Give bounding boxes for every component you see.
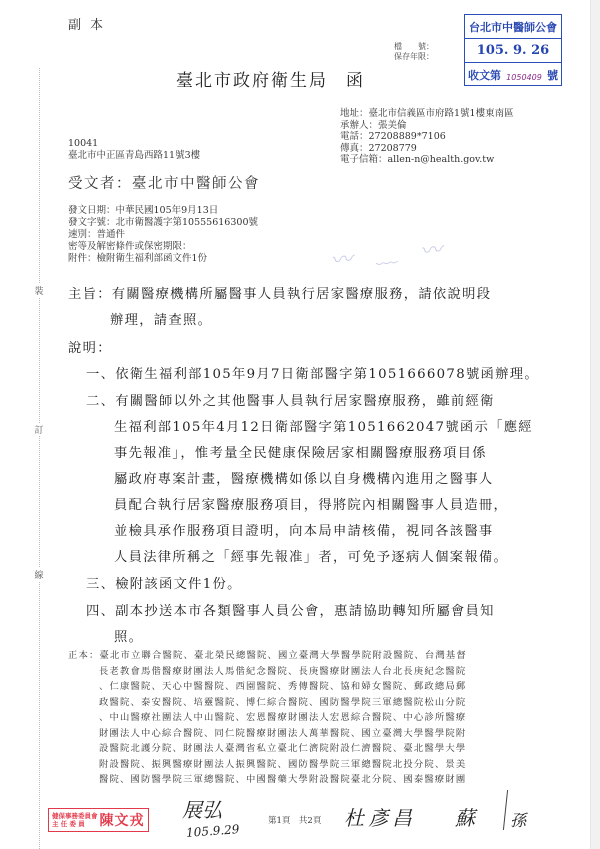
cc-line: 設醫院北護分院、財團法人臺灣省私立臺北仁濟院附設仁濟醫院、臺北醫學大學 [68, 741, 588, 757]
stamp-receive-suffix: 號 [547, 67, 558, 83]
cc-line: 長老教會馬偕醫療財團法人馬偕紀念醫院、長庚醫療財團法人台北長庚紀念醫院 [68, 664, 588, 680]
explanation-item-3: 三、檢附該函文件1份。 [86, 572, 566, 598]
explanation-item-2: 二、有關醫師以外之其他醫事人員執行居家醫療服務，雖前經衛 生福利部105年4月1… [86, 389, 566, 571]
sender-info: 地址：臺北市信義區市府路1號1樓東南區 承辦人：張美倫 電話：27208889*… [340, 108, 514, 166]
seal-line-1: 健保事務委員會 [52, 812, 98, 820]
seal-name: 陳文戎 [100, 810, 145, 830]
issue-number: 發文字號：北市衛醫護字第10555616300號 [68, 217, 258, 229]
item-line: 三、檢附該函文件1份。 [86, 572, 566, 598]
cc-line: 正本：臺北市立聯合醫院、臺北榮民總醫院、國立臺灣大學醫學院附設醫院、台灣基督 [68, 648, 588, 664]
sender-phone: 電話：27208889*7106 [340, 131, 514, 143]
attachment: 附件：檢附衛生福利部函文件1份 [68, 253, 258, 265]
handwritten-date: 105.9.29 [186, 822, 240, 840]
item-line: 四、副本抄送本市各類醫事人員公會，惠請協助轉知所屬會員知 [86, 599, 566, 625]
file-no-label: 檔 號： [394, 42, 434, 52]
item-line: 屬政府專案計畫，醫療機構如係以自身機構內進用之醫事人 [86, 467, 566, 493]
speed-class: 速別：普通件 [68, 229, 258, 241]
recipient-address: 10041 臺北市中正區青島西路11號3樓 [68, 138, 200, 162]
recipient-postal-code: 10041 [68, 138, 200, 150]
secrecy-level: 密等及解密條件或保密期限： [68, 241, 258, 253]
stamp-receive-prefix: 收文第 [468, 67, 501, 83]
page-indicator: 第1頁 共2頁 [268, 814, 321, 826]
subject-line-2: 辦理，請查照。 [68, 308, 568, 334]
stamp-org: 台北市中醫師公會 [465, 15, 561, 39]
item-line: 一、依衛生福利部105年9月7日衛部醫字第1051666078號函辦理。 [86, 362, 566, 388]
recipient-street-address: 臺北市中正區青島西路11號3樓 [68, 150, 200, 162]
sender-email: 電子信箱：allen-n@health.gov.tw [340, 154, 514, 166]
carbon-copy-list: 正本：臺北市立聯合醫院、臺北榮民總醫院、國立臺灣大學醫學院附設醫院、台灣基督 長… [68, 648, 588, 788]
handwritten-signature-2: 杜彥昌 [344, 802, 416, 831]
retention-label: 保存年限： [394, 52, 434, 62]
recipient: 受文者：臺北市中醫師公會 [68, 172, 260, 193]
cc-line: 財團法人中心綜合醫院、同仁院醫療財團法人萬華醫院、國立臺灣大學醫學院附 [68, 726, 588, 742]
page-right-edge [590, 0, 600, 849]
issue-date: 發文日期：中華民國105年9月13日 [68, 205, 258, 217]
binding-mark-zhuang: 裝 [33, 284, 45, 297]
stamp-receive-row: 收文第 1050409 號 [465, 63, 561, 86]
official-seal: 健保事務委員會 主 任 委 員 陳文戎 [48, 808, 149, 832]
subject: 主旨：有關醫療機構所屬醫事人員執行居家醫療服務，請依說明段 辦理，請查照。 [68, 282, 568, 334]
copy-label: 副本 [68, 14, 112, 33]
handwritten-signature-1: 展弘 [182, 794, 222, 823]
seal-title: 健保事務委員會 主 任 委 員 [52, 812, 98, 828]
handwritten-signature-4: 孫 [510, 808, 526, 831]
receipt-stamp: 台北市中醫師公會 105. 9. 26 收文第 1050409 號 [464, 14, 562, 86]
seal-line-2: 主 任 委 員 [52, 820, 98, 828]
file-meta: 檔 號： 保存年限： [394, 42, 434, 62]
binding-line [39, 68, 40, 849]
item-line: 事先報准」，惟考量全民健康保險居家相關醫療服務項目係 [86, 441, 566, 467]
item-line: 人員法律所稱之「經事先報准」者，可免予逐病人個案報備。 [86, 545, 566, 571]
subject-line-1: 主旨：有關醫療機構所屬醫事人員執行居家醫療服務，請依說明段 [68, 282, 568, 308]
item-line: 並檢具承作服務項目證明，向本局申請核備，視同各該醫事 [86, 519, 566, 545]
explanation-item-1: 一、依衛生福利部105年9月7日衛部醫字第1051666078號函辦理。 [86, 362, 566, 388]
cc-line: 、中山醫療社團法人中山醫院、宏恩醫療財團法人宏恩綜合醫院、中心診所醫療 [68, 710, 588, 726]
stamp-date: 105. 9. 26 [465, 39, 561, 63]
cc-line: 附設醫院、振興醫療財團法人振興醫院、國防醫學院三軍總醫院北投分院、景美 [68, 757, 588, 773]
document-type: 函 [346, 71, 365, 91]
cc-line: 醫院、國防醫學院三軍總醫院、中國醫藥大學附設醫院臺北分院、國泰醫療財團 [68, 772, 588, 788]
stamp-receive-number: 1050409 [506, 73, 542, 82]
document-title: 臺北市政府衛生局函 [176, 66, 365, 91]
binding-mark-xian: 線 [33, 568, 45, 581]
sender-address: 地址：臺北市信義區市府路1號1樓東南區 [340, 108, 514, 120]
explanation-item-4: 四、副本抄送本市各類醫事人員公會，惠請協助轉知所屬會員知 照。 [86, 599, 566, 651]
cc-line: 、仁康醫院、天心中醫醫院、西園醫院、秀傳醫院、協和婦女醫院、郵政總局郵 [68, 679, 588, 695]
handwritten-signature-3: 蘇 [455, 802, 475, 831]
faint-signature-mark: 〰 ﹏ 〰 [329, 232, 452, 275]
explanation-heading: 說明： [68, 336, 112, 362]
signature-stroke [503, 790, 508, 830]
item-line: 二、有關醫師以外之其他醫事人員執行居家醫療服務，雖前經衛 [86, 389, 566, 415]
issue-meta: 發文日期：中華民國105年9月13日 發文字號：北市衛醫護字第105556163… [68, 205, 258, 265]
binding-mark-ding: 訂 [33, 423, 45, 436]
item-line: 員配合執行居家醫療服務項目，得將院內相關醫事人員造冊， [86, 493, 566, 519]
agency-name: 臺北市政府衛生局 [176, 71, 328, 91]
sender-fax: 傳真：27208779 [340, 143, 514, 155]
sender-handler: 承辦人：張美倫 [340, 120, 514, 132]
item-line: 生福利部105年4月12日衛部醫字第1051662047號函示「應經 [86, 415, 566, 441]
cc-line: 政醫院、泰安醫院、培靈醫院、博仁綜合醫院、國防醫學院三軍總醫院松山分院 [68, 695, 588, 711]
